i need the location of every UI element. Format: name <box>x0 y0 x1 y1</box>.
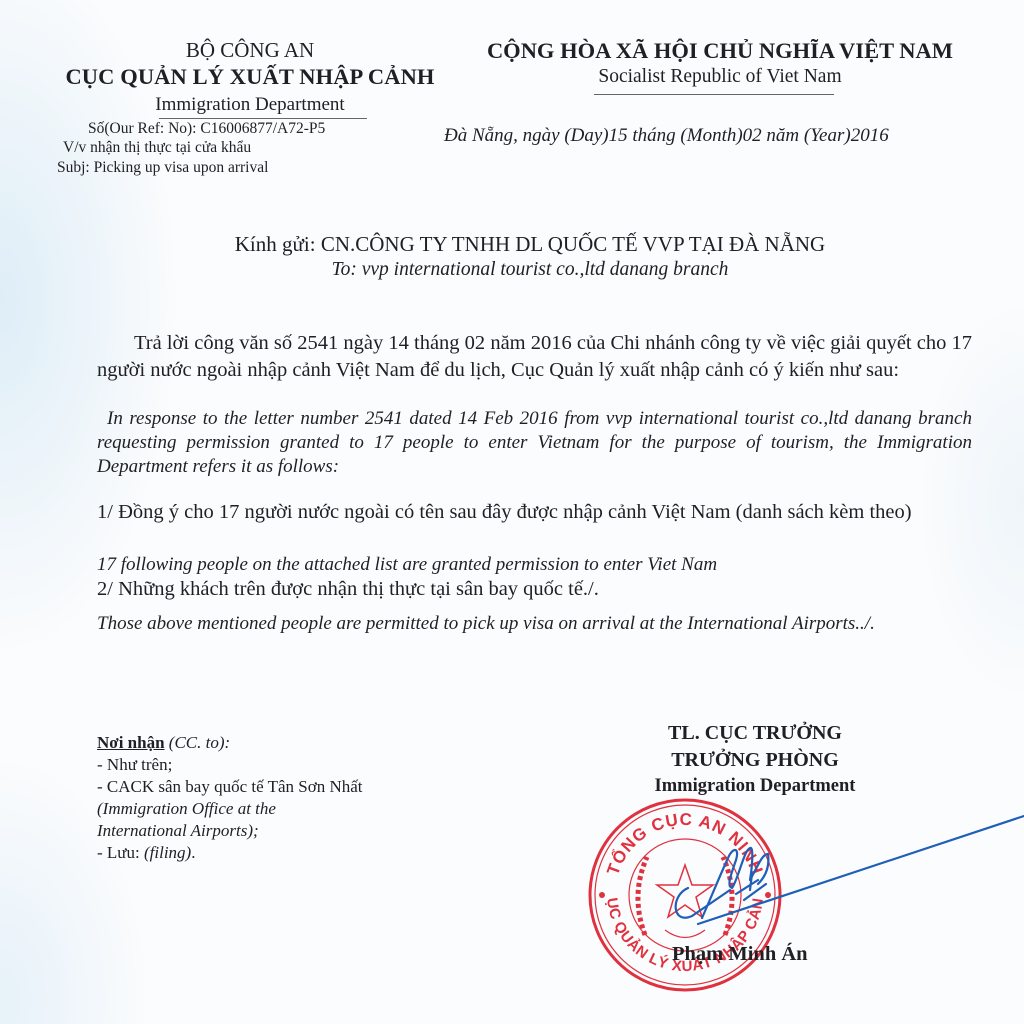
country-name-vn: CỘNG HÒA XÃ HỘI CHỦ NGHĨA VIỆT NAM <box>440 38 1000 64</box>
item-1-en: 17 following people on the attached list… <box>97 553 972 577</box>
intro-paragraph-en: In response to the letter number 2541 da… <box>97 407 972 479</box>
cc-line: - CACK sân bay quốc tế Tân Sơn Nhất <box>97 776 363 798</box>
subject-en: Subj: Picking up visa upon arrival <box>57 159 268 177</box>
cc-filing-prefix: - Lưu: <box>97 843 144 862</box>
cc-block: Nơi nhận (CC. to): - Như trên; - CACK sâ… <box>97 732 363 864</box>
cc-line: - Lưu: (filing). <box>97 842 363 864</box>
department-underline <box>159 118 367 119</box>
signature-icon <box>640 810 1024 940</box>
cc-label: Nơi nhận <box>97 733 165 752</box>
cc-line: - Như trên; <box>97 754 363 776</box>
item-2-vn: 2/ Những khách trên được nhận thị thực t… <box>97 576 972 603</box>
cc-filing-label: (filing) <box>144 843 191 862</box>
reference-number: Số(Our Ref: No): C16006877/A72-P5 <box>88 120 325 138</box>
signatory-title-1: TL. CỤC TRƯỞNG <box>565 722 945 745</box>
cc-label-en: (CC. to): <box>165 733 231 752</box>
signatory-department: Immigration Department <box>565 776 945 797</box>
cc-filing-suffix: . <box>191 843 195 862</box>
place-date: Đà Nẵng, ngày (Day)15 tháng (Month)02 nă… <box>444 125 889 147</box>
agency-name: BỘ CÔNG AN <box>40 38 460 63</box>
intro-paragraph-vn: Trả lời công văn số 2541 ngày 14 tháng 0… <box>97 330 972 383</box>
item-1-vn: 1/ Đồng ý cho 17 người nước ngoài có tên… <box>97 499 972 526</box>
signatory-title-2: TRƯỞNG PHÒNG <box>565 749 945 772</box>
country-name-en: Socialist Republic of Viet Nam <box>440 66 1000 88</box>
recipient-vn: Kính gửi: CN.CÔNG TY TNHH DL QUỐC TẾ VVP… <box>0 232 1024 257</box>
signer-name: Phạm Minh Án <box>672 943 808 966</box>
department-name-vn: CỤC QUẢN LÝ XUẤT NHẬP CẢNH <box>40 64 460 90</box>
country-underline <box>594 94 834 95</box>
cc-heading: Nơi nhận (CC. to): <box>97 732 363 754</box>
item-2-en: Those above mentioned people are permitt… <box>97 612 972 636</box>
department-name-en: Immigration Department <box>40 94 460 116</box>
cc-line: (Immigration Office at the <box>97 798 363 820</box>
subject-vn: V/v nhận thị thực tại cửa khẩu <box>63 139 251 157</box>
cc-line: International Airports); <box>97 820 363 842</box>
recipient-en: To: vvp international tourist co.,ltd da… <box>0 259 1024 281</box>
